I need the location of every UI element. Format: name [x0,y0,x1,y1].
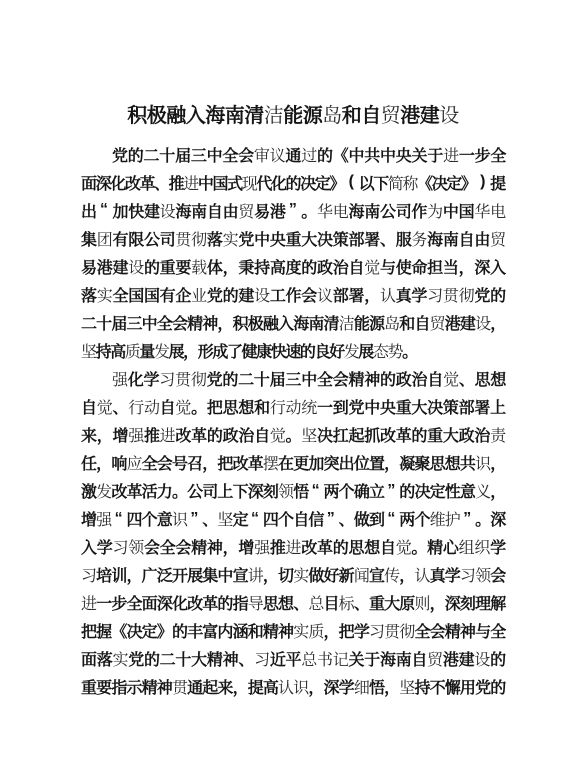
glyph: 》 [329,171,344,194]
glyph: 深 [324,675,339,698]
glyph: 的 [317,143,332,166]
glyph: 觉 [364,255,379,278]
glyph: 积 [127,99,147,128]
glyph: 公 [380,199,395,222]
glyph: 在 [278,451,293,474]
glyph: 南 [396,647,411,670]
glyph: 入 [81,535,96,558]
glyph: 学 [411,283,426,306]
glyph: 来 [81,423,96,446]
text-line: 自觉、行动自觉。把思想和行动统一到党中央重大决策部署上 [81,392,505,420]
text-line: 面落实党的二十大精神、习近平总书记关于海南自贸港建设的 [81,645,505,673]
glyph: 量 [139,339,154,362]
glyph: ， [308,675,323,698]
glyph: 想 [238,395,253,418]
glyph: 自 [348,255,363,278]
glyph: 、 [238,647,253,670]
glyph: 进 [160,423,175,446]
glyph: 重 [427,423,442,446]
glyph: 活 [142,479,157,502]
glyph: 认 [278,675,293,698]
glyph: 的 [222,367,237,390]
glyph: 三 [126,311,141,334]
glyph: 会 [172,311,187,334]
glyph: 提 [490,171,505,194]
glyph: 改 [233,451,248,474]
glyph: 、 [293,591,308,614]
glyph: 设 [128,255,143,278]
glyph: 国 [212,171,227,194]
glyph: 十 [96,311,111,334]
glyph: 通 [285,143,300,166]
glyph: 高 [263,675,278,698]
glyph: 意 [157,507,172,530]
glyph: 强 [254,535,269,558]
glyph: 织 [474,535,489,558]
glyph: 十 [175,647,190,670]
glyph: 习 [81,563,96,586]
glyph: 想 [445,451,460,474]
glyph: 丰 [187,619,202,642]
glyph: 加 [308,451,323,474]
glyph: 署 [348,283,363,306]
glyph: 习 [112,535,127,558]
glyph: 真 [430,563,445,586]
glyph: ， [490,451,505,474]
glyph: 决 [126,619,141,642]
glyph: 两 [324,479,339,502]
glyph: 定 [142,619,157,642]
glyph: 的 [207,423,222,446]
glyph: 大 [443,423,458,446]
glyph: 。 [172,479,187,502]
glyph: 署 [474,395,489,418]
glyph: 悟 [293,479,308,502]
glyph: 司 [396,199,411,222]
glyph: 上 [217,479,232,502]
glyph: 领 [475,563,490,586]
glyph: 国 [144,283,159,306]
document-page: 积极融入海南清洁能源岛和自贸港建设 党的二十届三中全会审议通过的《中共中央关于进… [0,0,586,759]
text-line: 落实全国国有企业党的建设工作会议部署，认真学习贯彻党的 [81,280,505,308]
glyph: “ [111,510,126,528]
glyph: 精 [348,367,363,390]
glyph: 神 [207,535,222,558]
glyph: 来 [217,675,232,698]
glyph: 深 [96,171,111,194]
glyph: 央 [270,227,285,250]
glyph: 全 [490,143,505,166]
glyph: 建 [459,647,474,670]
glyph: 海 [427,227,442,250]
glyph: 实 [97,283,112,306]
glyph: 闻 [354,563,369,586]
glyph: 。 [411,535,426,558]
glyph: 现 [242,171,257,194]
glyph: 速 [285,339,300,362]
glyph: 发 [96,479,111,502]
glyph: 的 [217,591,232,614]
glyph: 源 [369,311,384,334]
glyph: 持 [414,675,429,698]
glyph: 刻 [263,479,278,502]
glyph: 积 [233,311,248,334]
glyph: 识 [172,507,187,530]
glyph: ， [223,255,238,278]
glyph: 党 [238,227,253,250]
glyph: ， [384,451,399,474]
glyph: 思 [348,535,363,558]
glyph: 改 [125,171,140,194]
glyph: 质 [125,339,140,362]
glyph: 握 [96,619,111,642]
glyph: 出 [339,451,354,474]
glyph: 重 [81,675,96,698]
glyph: 贯 [172,675,187,698]
glyph: 内 [217,619,232,642]
glyph: 想 [364,535,379,558]
glyph: 。 [301,199,316,222]
glyph: 态 [373,339,388,362]
glyph: 》 [461,171,476,194]
glyph: 十 [159,143,174,166]
glyph: 心 [443,535,458,558]
text-line: 来，增强推进改革的政治自觉。坚决扛起抓改革的重大政治责 [81,420,505,448]
glyph: 觉 [97,395,112,418]
glyph: 贯 [384,619,399,642]
glyph: 改 [111,479,126,502]
glyph: 全 [142,451,157,474]
glyph: 、 [354,591,369,614]
glyph: ， [183,339,198,362]
glyph: 港 [445,311,460,334]
glyph: 海 [348,199,363,222]
glyph: 形 [198,339,213,362]
glyph: 融 [263,311,278,334]
glyph: 企 [175,283,190,306]
glyph: 把 [81,619,96,642]
glyph: 落 [81,283,96,306]
glyph: 突 [324,451,339,474]
glyph: 习 [369,619,384,642]
glyph: 维 [430,507,445,530]
glyph: 认 [414,563,429,586]
glyph: 书 [317,647,332,670]
glyph: 全 [222,143,237,166]
glyph: 学 [97,535,112,558]
glyph: 贸 [430,311,445,334]
glyph: 革 [248,451,263,474]
glyph: 涵 [233,619,248,642]
glyph: 标 [339,591,354,614]
glyph: 和 [248,619,263,642]
glyph: 觉 [396,535,411,558]
glyph: 集 [81,227,96,250]
glyph: ， [490,479,505,502]
glyph: 建 [238,283,253,306]
glyph: 大 [411,395,426,418]
glyph: 中 [443,199,458,222]
glyph: 治 [474,423,489,446]
glyph: 二 [238,367,253,390]
glyph: 义 [475,479,490,502]
text-line: 入学习领会全会精神，增强推进改革的思想自觉。精心组织学 [81,533,505,561]
glyph: 识 [293,675,308,698]
glyph: 于 [427,143,442,166]
glyph: 度 [286,255,301,278]
glyph: 贯 [175,227,190,250]
glyph: 十 [254,367,269,390]
glyph: 神 [278,619,293,642]
glyph: 的 [490,647,505,670]
glyph: 面 [81,171,96,194]
glyph: 极 [147,99,167,128]
glyph: 新 [339,563,354,586]
glyph: 中 [207,143,222,166]
glyph: ” [324,510,339,528]
glyph: 决 [300,171,315,194]
glyph: 公 [144,227,159,250]
glyph: 自 [81,395,96,418]
glyph: 入 [278,311,293,334]
glyph: 革 [202,591,217,614]
glyph: 南 [364,199,379,222]
glyph: 学 [339,675,354,698]
glyph: 做 [354,507,369,530]
glyph: 思 [223,395,238,418]
glyph: 命 [411,255,426,278]
text-line: 进一步全面深化改革的指导思想、总目标、重大原则，深刻理解 [81,589,505,617]
glyph: 策 [443,395,458,418]
glyph: ” [460,510,475,528]
glyph: 自 [254,423,269,446]
glyph: 总 [301,647,316,670]
glyph: 坚 [301,423,316,446]
glyph: 》 [157,619,172,642]
glyph: 自 [414,311,429,334]
glyph: 《 [111,619,126,642]
glyph: 党 [112,143,127,166]
glyph: 革 [191,423,206,446]
glyph: 抓 [364,423,379,446]
glyph: 响 [111,451,126,474]
glyph: 任 [81,451,96,474]
glyph: 习 [254,647,269,670]
glyph: 力 [157,479,172,502]
glyph: 思 [475,367,490,390]
glyph: 聚 [414,451,429,474]
glyph: 习 [159,367,174,390]
glyph: 重 [369,591,384,614]
glyph: 示 [126,675,141,698]
glyph: 贸 [381,99,401,128]
glyph: 岛 [384,311,399,334]
glyph: 共 [460,451,475,474]
glyph: 号 [172,451,187,474]
glyph: 。 [402,339,417,362]
glyph: 彻 [191,227,206,250]
glyph: 思 [430,451,445,474]
glyph: 广 [142,563,157,586]
glyph: 的 [172,619,187,642]
glyph: 决 [432,171,447,194]
glyph: 宣 [369,563,384,586]
glyph: 深 [474,255,489,278]
glyph: 的 [128,143,143,166]
glyph: 精 [191,535,206,558]
glyph: 则 [414,591,429,614]
glyph: 央 [380,395,395,418]
glyph: 易 [81,255,96,278]
glyph: 会 [430,619,445,642]
glyph: 推 [270,535,285,558]
glyph: 指 [111,675,126,698]
glyph: 快 [271,339,286,362]
glyph: 快 [128,199,143,222]
glyph: 提 [248,675,263,698]
glyph: 议 [317,283,332,306]
glyph: 进 [183,171,198,194]
glyph: 强 [128,423,143,446]
glyph: 团 [97,227,112,250]
glyph: 讲 [248,563,263,586]
glyph: 司 [160,227,175,250]
glyph: 作 [411,199,426,222]
glyph: 与 [380,255,395,278]
glyph: 持 [96,339,111,362]
glyph: 神 [157,675,172,698]
glyph: 实 [293,563,308,586]
glyph: 彻 [191,367,206,390]
glyph: 认 [380,283,395,306]
glyph: 展 [358,339,373,362]
glyph: 党 [348,395,363,418]
glyph: 党 [207,283,222,306]
glyph: 用 [460,675,475,698]
glyph: 个 [339,479,354,502]
glyph: 性 [445,479,460,502]
glyph: 决 [317,423,332,446]
glyph: 个 [414,507,429,530]
glyph: 导 [248,591,263,614]
glyph: 发 [344,339,359,362]
glyph: 化 [172,591,187,614]
glyph: 政 [223,423,238,446]
glyph: 和 [399,311,414,334]
glyph: 想 [278,591,293,614]
glyph: 进 [286,535,301,558]
glyph: 领 [128,535,143,558]
glyph: 大 [384,591,399,614]
text-line: 任，响应全会号召，把改革摆在更加突出位置，凝聚思想共识， [81,449,505,477]
glyph: 强 [112,367,127,390]
glyph: 决 [414,479,429,502]
glyph: ， [96,451,111,474]
glyph: 把 [217,451,232,474]
glyph: 的 [411,423,426,446]
glyph: 简 [388,171,403,194]
glyph: 洁 [339,311,354,334]
glyph: 刻 [460,591,475,614]
glyph: 治 [238,423,253,446]
text-line: 重要指示精神贯通起来，提高认识，深学细悟，坚持不懈用党的 [81,673,505,701]
glyph: 自 [160,395,175,418]
glyph: 、 [459,367,474,390]
glyph: 发 [154,339,169,362]
glyph: 的 [490,675,505,698]
glyph: ， [233,675,248,698]
glyph: 、 [202,507,217,530]
glyph: 代 [256,171,271,194]
glyph: 南 [443,227,458,250]
glyph: 好 [329,339,344,362]
glyph: 全 [490,619,505,642]
glyph: 届 [111,311,126,334]
glyph: 的 [399,479,414,502]
glyph: 健 [242,339,257,362]
glyph: 动 [144,395,159,418]
glyph: 自 [361,99,381,128]
glyph: 中 [198,171,213,194]
glyph: 的 [300,339,315,362]
glyph: 源 [303,99,323,128]
glyph: 行 [128,395,143,418]
glyph: 宣 [233,563,248,586]
glyph: 上 [490,395,505,418]
glyph: 做 [308,563,323,586]
glyph: 神 [460,619,475,642]
glyph: 重 [160,255,175,278]
glyph: 神 [202,311,217,334]
glyph: 深 [490,507,505,530]
glyph: 定 [315,171,330,194]
glyph: 二 [160,647,175,670]
glyph: 审 [254,143,269,166]
glyph: 学 [490,535,505,558]
glyph: 海 [380,647,395,670]
document-content: 积极融入海南清洁能源岛和自贸港建设 党的二十届三中全会审议通过的《中共中央关于进… [81,0,505,701]
glyph: 设 [254,283,269,306]
glyph: 面 [142,591,157,614]
glyph: “ [248,510,263,528]
glyph: 大 [301,227,316,250]
glyph: 下 [233,479,248,502]
glyph: 服 [396,227,411,250]
glyph: 开 [172,563,187,586]
glyph: 护 [445,507,460,530]
glyph: 责 [490,423,505,446]
glyph: 觉 [175,395,190,418]
glyph: 为 [427,199,442,222]
glyph: 思 [263,591,278,614]
glyph: 富 [202,619,217,642]
glyph: 共 [364,143,379,166]
glyph: 定 [430,479,445,502]
glyph: ” [187,510,202,528]
glyph: 精 [207,647,222,670]
glyph: 限 [128,227,143,250]
glyph: 《 [333,143,348,166]
glyph: 党 [475,675,490,698]
glyph: 识 [475,451,490,474]
glyph: 自 [293,507,308,530]
glyph: 港 [97,255,112,278]
glyph: 华 [474,199,489,222]
glyph: 全 [157,311,172,334]
glyph: 设 [475,311,490,334]
glyph: 定 [446,171,461,194]
glyph: 能 [354,311,369,334]
